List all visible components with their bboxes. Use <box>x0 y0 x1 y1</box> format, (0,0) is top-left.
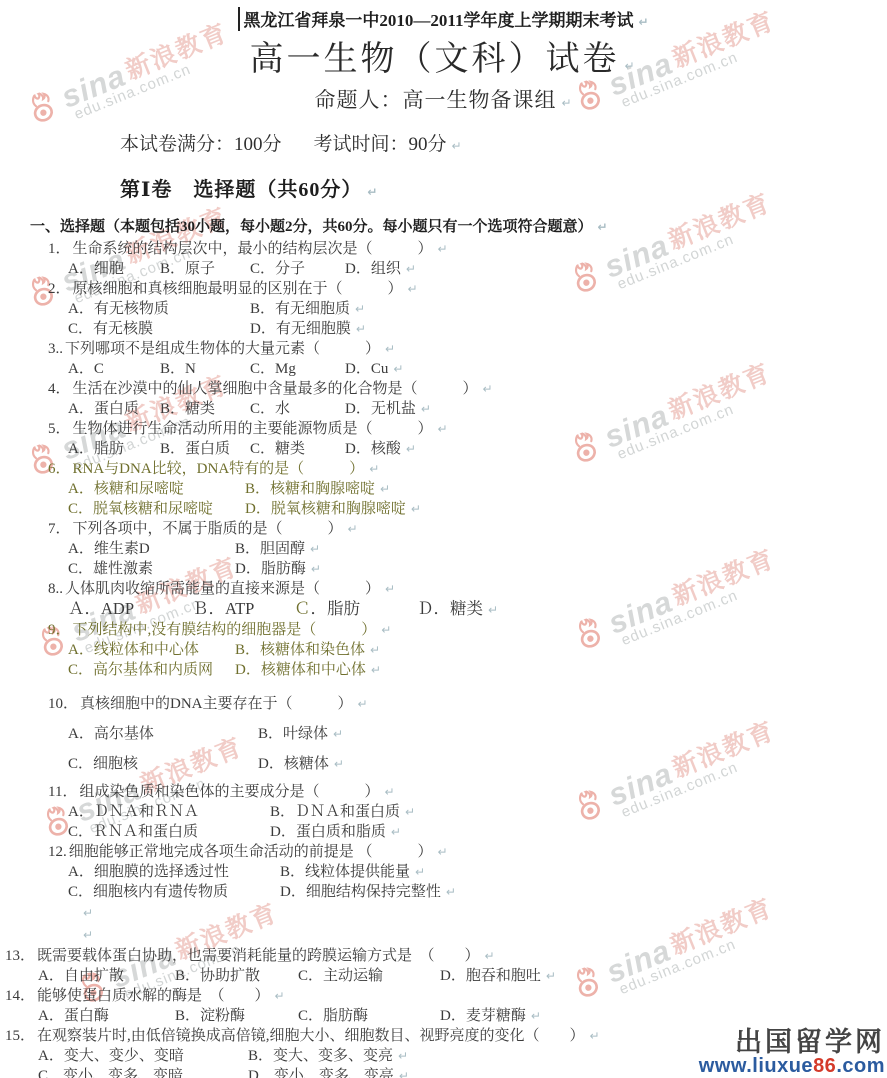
option-row: C．有无核膜D．有无细胞膜↵ <box>48 319 887 339</box>
option: A．脂肪 <box>68 439 160 459</box>
paragraph-mark-icon: ↵ <box>275 989 285 1003</box>
option: C．主动运输 <box>298 966 440 986</box>
paragraph-mark-icon: ↵ <box>356 322 366 336</box>
footer-url: www.liuxue86.com <box>699 1056 885 1077</box>
question-stem: 6．RNA与DNA比较，DNA特有的是（ ）↵ <box>48 459 887 479</box>
option: C．ＲＮＡ和蛋白质 <box>68 822 270 842</box>
option: D．脂肪酶↵ <box>235 559 887 579</box>
option-row: A．蛋白质B．糖类C．水D．无机盐↵ <box>48 399 887 419</box>
question-text: 在观察装片时,由低倍镜换成高倍镜,细胞大小、细胞数目、视野亮度的变化（ ） <box>37 1028 585 1044</box>
paragraph-mark-icon: ↵ <box>639 15 649 29</box>
question-stem: 4．生活在沙漠中的仙人掌细胞中含量最多的化合物是（ ）↵ <box>48 379 887 399</box>
question-stem: 11．组成染色质和染色体的主要成分是（ ）↵ <box>48 782 887 802</box>
paragraph-mark-icon: ↵ <box>405 805 415 819</box>
question-text: 既需要载体蛋白协助，也需要消耗能量的跨膜运输方式是 （ ） <box>37 948 480 964</box>
question-stem: 9．下列结构中,没有膜结构的细胞器是（ ）↵ <box>48 620 887 640</box>
question-text: 生命系统的结构层次中，最小的结构层次是（ ） <box>73 241 433 257</box>
option: B．ＤＮＡ和蛋白质↵ <box>270 802 887 822</box>
option-row: A．CB．NC．MgD．Cu↵ <box>48 359 887 379</box>
score-time-line: 本试卷满分：100分考试时间：90分↵ <box>120 129 887 156</box>
question-text: 原核细胞和真核细胞最明显的区别在于（ ） <box>73 281 403 297</box>
option: D．Cu↵ <box>345 359 887 379</box>
paragraph-mark-icon: ↵ <box>438 845 448 859</box>
option: B．协助扩散 <box>175 966 298 986</box>
option: A．核糖和尿嘧啶 <box>68 479 245 499</box>
footer-site-name: 出国留学网 <box>699 1028 885 1056</box>
question: 13．既需要载体蛋白协助，也需要消耗能量的跨膜运输方式是 （ ）↵A．自由扩散B… <box>5 946 887 986</box>
question: 14．能够使蛋白质水解的酶是 （ ）↵A．蛋白酶B．淀粉酶C．脂肪酶D．麦芽糖酶… <box>5 986 887 1026</box>
question-number: 11． <box>48 784 77 800</box>
paragraph-mark-icon: ↵ <box>334 757 344 771</box>
paragraph-mark-icon: ↵ <box>488 603 498 617</box>
paragraph-mark-icon: ↵ <box>333 727 343 741</box>
option-row: A．脂肪B．蛋白质C．糖类D．核酸↵ <box>48 439 887 459</box>
option: B．核糖体和染色体↵ <box>235 640 887 660</box>
question-text: 能够使蛋白质水解的酶是 （ ） <box>37 988 270 1004</box>
blank-line: ↵ <box>78 902 887 924</box>
paragraph-mark-icon: ↵ <box>446 885 456 899</box>
option: D．蛋白质和脂质↵ <box>270 822 887 842</box>
paragraph-mark-icon: ↵ <box>391 825 401 839</box>
paragraph-mark-icon: ↵ <box>385 342 395 356</box>
option: C．有无核膜 <box>68 319 250 339</box>
paragraph-mark-icon: ↵ <box>83 906 93 920</box>
option-letter: Ｃ <box>294 599 311 618</box>
question-text: 真核细胞中的DNA主要存在于（ ） <box>80 696 353 712</box>
question-stem: 14．能够使蛋白质水解的酶是 （ ）↵ <box>5 986 887 1006</box>
question-text: 人体肌肉收缩所需能量的直接来源是（ ） <box>65 581 380 597</box>
option: B．线粒体提供能量↵ <box>280 862 887 882</box>
option: Ｄ．糖类↵ <box>417 599 887 620</box>
question-number: 6． <box>48 461 71 477</box>
option: Ｂ．ATP <box>192 599 294 620</box>
option: D．细胞结构保持完整性↵ <box>280 882 887 902</box>
question: 3..下列哪项不是组成生物体的大量元素（ ）↵A．CB．NC．MgD．Cu↵ <box>48 339 887 379</box>
option: B．叶绿体↵ <box>258 724 887 744</box>
option-row: Ａ．ADPＢ．ATPＣ．脂肪Ｄ．糖类↵ <box>48 599 887 620</box>
paragraph-mark-icon: ↵ <box>531 1009 541 1023</box>
paragraph-mark-icon: ↵ <box>406 262 416 276</box>
option-row: A．蛋白酶B．淀粉酶C．脂肪酶D．麦芽糖酶↵ <box>5 1006 887 1026</box>
option: C．分子 <box>250 259 345 279</box>
paragraph-mark-icon: ↵ <box>483 382 493 396</box>
paragraph-mark-icon: ↵ <box>370 643 380 657</box>
question-text: RNA与DNA比较，DNA特有的是（ ） <box>73 461 365 477</box>
question-text: 下列结构中,没有膜结构的细胞器是（ ） <box>73 622 377 638</box>
question-number: 7． <box>48 521 71 537</box>
question-stem: 1．生命系统的结构层次中，最小的结构层次是（ ）↵ <box>48 239 887 259</box>
question-number: 2． <box>48 281 71 297</box>
option: A．细胞 <box>68 259 160 279</box>
option: B．淀粉酶 <box>175 1006 298 1026</box>
paragraph-mark-icon: ↵ <box>561 96 572 110</box>
question: 5．生物体进行生命活动所用的主要能源物质是（ ）↵A．脂肪B．蛋白质C．糖类D．… <box>48 419 887 459</box>
intro-line: 一、选择题（本题包括30小题，每小题2分，共60分。每小题只有一个选项符合题意）… <box>30 215 887 236</box>
full-score: 本试卷满分：100分 <box>120 134 282 155</box>
exam-header: 黑龙江省拜泉一中2010—2011学年度上学期期末考试↵ <box>0 6 887 31</box>
question-text: 组成染色质和染色体的主要成分是（ ） <box>79 784 379 800</box>
option: A．C <box>68 359 160 379</box>
option-row: A．核糖和尿嘧啶B．核糖和胸腺嘧啶↵ <box>48 479 887 499</box>
question: 4．生活在沙漠中的仙人掌细胞中含量最多的化合物是（ ）↵A．蛋白质B．糖类C．水… <box>48 379 887 419</box>
option-row: A．维生素DB．胆固醇↵ <box>48 539 887 559</box>
exam-header-text: 黑龙江省拜泉一中2010—2011学年度上学期期末考试 <box>243 11 633 30</box>
question: 7．下列各项中，不属于脂质的是（ ）↵A．维生素DB．胆固醇↵C．雄性激素D．脂… <box>48 519 887 579</box>
option-row: A．自由扩散B．协助扩散C．主动运输D．胞吞和胞吐↵ <box>5 966 887 986</box>
paragraph-mark-icon: ↵ <box>371 663 381 677</box>
option-row: C．细胞核D．核糖体↵ <box>48 754 887 774</box>
option: A．蛋白质 <box>68 399 160 419</box>
option: B．蛋白质 <box>160 439 250 459</box>
option: C．糖类 <box>250 439 345 459</box>
option-row: A．细胞膜的选择透过性B．线粒体提供能量↵ <box>48 862 887 882</box>
option: D．脱氧核糖和胸腺嘧啶↵ <box>245 499 887 519</box>
question-stem: 12.细胞能够正常地完成各项生命活动的前提是 （ ）↵ <box>48 842 887 862</box>
paragraph-mark-icon: ↵ <box>358 697 368 711</box>
option: C．细胞核内有遗传物质 <box>68 882 280 902</box>
option: C．雄性激素 <box>68 559 235 579</box>
paragraph-mark-icon: ↵ <box>438 242 448 256</box>
question-text: 下列哪项不是组成生物体的大量元素（ ） <box>65 341 380 357</box>
option: C．细胞核 <box>68 754 258 774</box>
option: Ｃ．脂肪 <box>294 599 417 620</box>
question-text: 生活在沙漠中的仙人掌细胞中含量最多的化合物是（ ） <box>73 381 478 397</box>
question-stem: 13．既需要载体蛋白协助，也需要消耗能量的跨膜运输方式是 （ ）↵ <box>5 946 887 966</box>
option: D．核糖体和中心体↵ <box>235 660 887 680</box>
option: C．脂肪酶 <box>298 1006 440 1026</box>
option: C．Mg <box>250 359 345 379</box>
option: B．N <box>160 359 250 379</box>
option-row: C．高尔基体和内质网D．核糖体和中心体↵ <box>48 660 887 680</box>
question-text: 细胞能够正常地完成各项生命活动的前提是 （ ） <box>69 844 433 860</box>
option: D．无机盐↵ <box>345 399 887 419</box>
paragraph-mark-icon: ↵ <box>398 1049 408 1063</box>
option: B．糖类 <box>160 399 250 419</box>
question-stem: 2．原核细胞和真核细胞最明显的区别在于（ ）↵ <box>48 279 887 299</box>
option: D．有无细胞膜↵ <box>250 319 887 339</box>
paragraph-mark-icon: ↵ <box>485 949 495 963</box>
question-stem: 10．真核细胞中的DNA主要存在于（ ）↵ <box>48 694 887 714</box>
paragraph-mark-icon: ↵ <box>546 969 556 983</box>
option-row: C．雄性激素D．脂肪酶↵ <box>48 559 887 579</box>
paragraph-mark-icon: ↵ <box>438 422 448 436</box>
paragraph-mark-icon: ↵ <box>310 542 320 556</box>
question-stem: 8..人体肌肉收缩所需能量的直接来源是（ ）↵ <box>48 579 887 599</box>
paragraph-mark-icon: ↵ <box>452 139 462 153</box>
option: A．ＤＮＡ和ＲＮＡ <box>68 802 270 822</box>
option: C．变小、变多、变暗 <box>38 1066 248 1078</box>
question: 8..人体肌肉收缩所需能量的直接来源是（ ）↵Ａ．ADPＢ．ATPＣ．脂肪Ｄ．糖… <box>48 579 887 620</box>
paragraph-mark-icon: ↵ <box>624 59 637 73</box>
question-stem: 3..下列哪项不是组成生物体的大量元素（ ）↵ <box>48 339 887 359</box>
cursor-bar <box>238 7 240 31</box>
option: B．原子 <box>160 259 250 279</box>
paragraph-mark-icon: ↵ <box>369 462 379 476</box>
question-number: 15． <box>5 1028 35 1044</box>
question-stem: 5．生物体进行生命活动所用的主要能源物质是（ ）↵ <box>48 419 887 439</box>
question-number: 9． <box>48 622 71 638</box>
option-row: A．高尔基体B．叶绿体↵ <box>48 724 887 744</box>
option: B．核糖和胸腺嘧啶↵ <box>245 479 887 499</box>
setter-line: 命题人：高一生物备课组↵ <box>0 84 887 114</box>
exam-time: 考试时间：90分 <box>314 134 447 155</box>
paragraph-mark-icon: ↵ <box>367 185 378 199</box>
option: A．维生素D <box>68 539 235 559</box>
option: A．变大、变少、变暗 <box>38 1046 248 1066</box>
option-text: ．脂肪 <box>311 599 361 618</box>
option-row: C．ＲＮＡ和蛋白质D．蛋白质和脂质↵ <box>48 822 887 842</box>
option: A．细胞膜的选择透过性 <box>68 862 280 882</box>
question: 10．真核细胞中的DNA主要存在于（ ）↵A．高尔基体B．叶绿体↵C．细胞核D．… <box>48 694 887 774</box>
paragraph-mark-icon: ↵ <box>406 442 416 456</box>
option: D．组织↵ <box>345 259 887 279</box>
question-number: 12. <box>48 844 67 860</box>
option: A．高尔基体 <box>68 724 258 744</box>
option: D．核糖体↵ <box>258 754 887 774</box>
question-number: 14． <box>5 988 35 1004</box>
question: 12.细胞能够正常地完成各项生命活动的前提是 （ ）↵A．细胞膜的选择透过性B．… <box>48 842 887 902</box>
option-row: C．细胞核内有遗传物质D．细胞结构保持完整性↵ <box>48 882 887 902</box>
question: 1．生命系统的结构层次中，最小的结构层次是（ ）↵A．细胞B．原子C．分子D．组… <box>48 239 887 279</box>
option-row: A．有无核物质B．有无细胞质↵ <box>48 299 887 319</box>
question-number: 3.. <box>48 341 63 357</box>
paragraph-mark-icon: ↵ <box>415 865 425 879</box>
paragraph-mark-icon: ↵ <box>380 482 390 496</box>
question: 9．下列结构中,没有膜结构的细胞器是（ ）↵A．线粒体和中心体B．核糖体和染色体… <box>48 620 887 680</box>
option: A．有无核物质 <box>68 299 250 319</box>
paragraph-mark-icon: ↵ <box>421 402 431 416</box>
questions: 1．生命系统的结构层次中，最小的结构层次是（ ）↵A．细胞B．原子C．分子D．组… <box>48 239 887 1078</box>
option: B．有无细胞质↵ <box>250 299 887 319</box>
exam-paper-page: sina新浪教育edu.sina.com.cnsina新浪教育edu.sina.… <box>0 0 887 1078</box>
question: 11．组成染色质和染色体的主要成分是（ ）↵A．ＤＮＡ和ＲＮＡB．ＤＮＡ和蛋白质… <box>48 782 887 842</box>
option: B．胆固醇↵ <box>235 539 887 559</box>
option: A．线粒体和中心体 <box>68 640 235 660</box>
blank-line: ↵ <box>78 924 887 946</box>
option: C．脱氧核糖和尿嘧啶 <box>68 499 245 519</box>
option: A．自由扩散 <box>38 966 175 986</box>
question-number: 10． <box>48 696 78 712</box>
option: A．蛋白酶 <box>38 1006 175 1026</box>
option-row: A．细胞B．原子C．分子D．组织↵ <box>48 259 887 279</box>
option: C．高尔基体和内质网 <box>68 660 235 680</box>
option-row: C．脱氧核糖和尿嘧啶D．脱氧核糖和胸腺嘧啶↵ <box>48 499 887 519</box>
question-text: 生物体进行生命活动所用的主要能源物质是（ ） <box>73 421 433 437</box>
option: D．麦芽糖酶↵ <box>440 1006 887 1026</box>
option-row: A．ＤＮＡ和ＲＮＡB．ＤＮＡ和蛋白质↵ <box>48 802 887 822</box>
paragraph-mark-icon: ↵ <box>393 362 403 376</box>
section-heading: 第Ⅰ卷 选择题（共60分）↵ <box>120 173 887 202</box>
option: C．水 <box>250 399 345 419</box>
paragraph-mark-icon: ↵ <box>83 928 93 942</box>
question-number: 5． <box>48 421 71 437</box>
question-number: 8.. <box>48 581 63 597</box>
paper-title: 高一生物（文科）试卷↵ <box>0 39 887 82</box>
question-number: 13． <box>5 948 35 964</box>
paragraph-mark-icon: ↵ <box>381 623 391 637</box>
paragraph-mark-icon: ↵ <box>385 582 395 596</box>
paragraph-mark-icon: ↵ <box>598 220 608 234</box>
question: 6．RNA与DNA比较，DNA特有的是（ ）↵A．核糖和尿嘧啶B．核糖和胸腺嘧啶… <box>48 459 887 519</box>
paragraph-mark-icon: ↵ <box>411 502 421 516</box>
question-number: 4． <box>48 381 71 397</box>
paragraph-mark-icon: ↵ <box>408 282 418 296</box>
option: Ａ．ADP <box>68 599 192 620</box>
paragraph-mark-icon: ↵ <box>399 1069 409 1078</box>
option: D．胞吞和胞吐↵ <box>440 966 887 986</box>
document-content: 黑龙江省拜泉一中2010—2011学年度上学期期末考试↵ 高一生物（文科）试卷↵… <box>0 0 887 1078</box>
paragraph-mark-icon: ↵ <box>348 522 358 536</box>
paragraph-mark-icon: ↵ <box>384 785 394 799</box>
footer: 出国留学网 www.liuxue86.com <box>699 1028 885 1077</box>
paragraph-mark-icon: ↵ <box>355 302 365 316</box>
question-text: 下列各项中，不属于脂质的是（ ） <box>73 521 343 537</box>
option-row: A．线粒体和中心体B．核糖体和染色体↵ <box>48 640 887 660</box>
option: D．核酸↵ <box>345 439 887 459</box>
question-number: 1． <box>48 241 71 257</box>
question: 2．原核细胞和真核细胞最明显的区别在于（ ）↵A．有无核物质B．有无细胞质↵C．… <box>48 279 887 339</box>
paragraph-mark-icon: ↵ <box>590 1029 600 1043</box>
question-stem: 7．下列各项中，不属于脂质的是（ ）↵ <box>48 519 887 539</box>
paragraph-mark-icon: ↵ <box>311 562 321 576</box>
